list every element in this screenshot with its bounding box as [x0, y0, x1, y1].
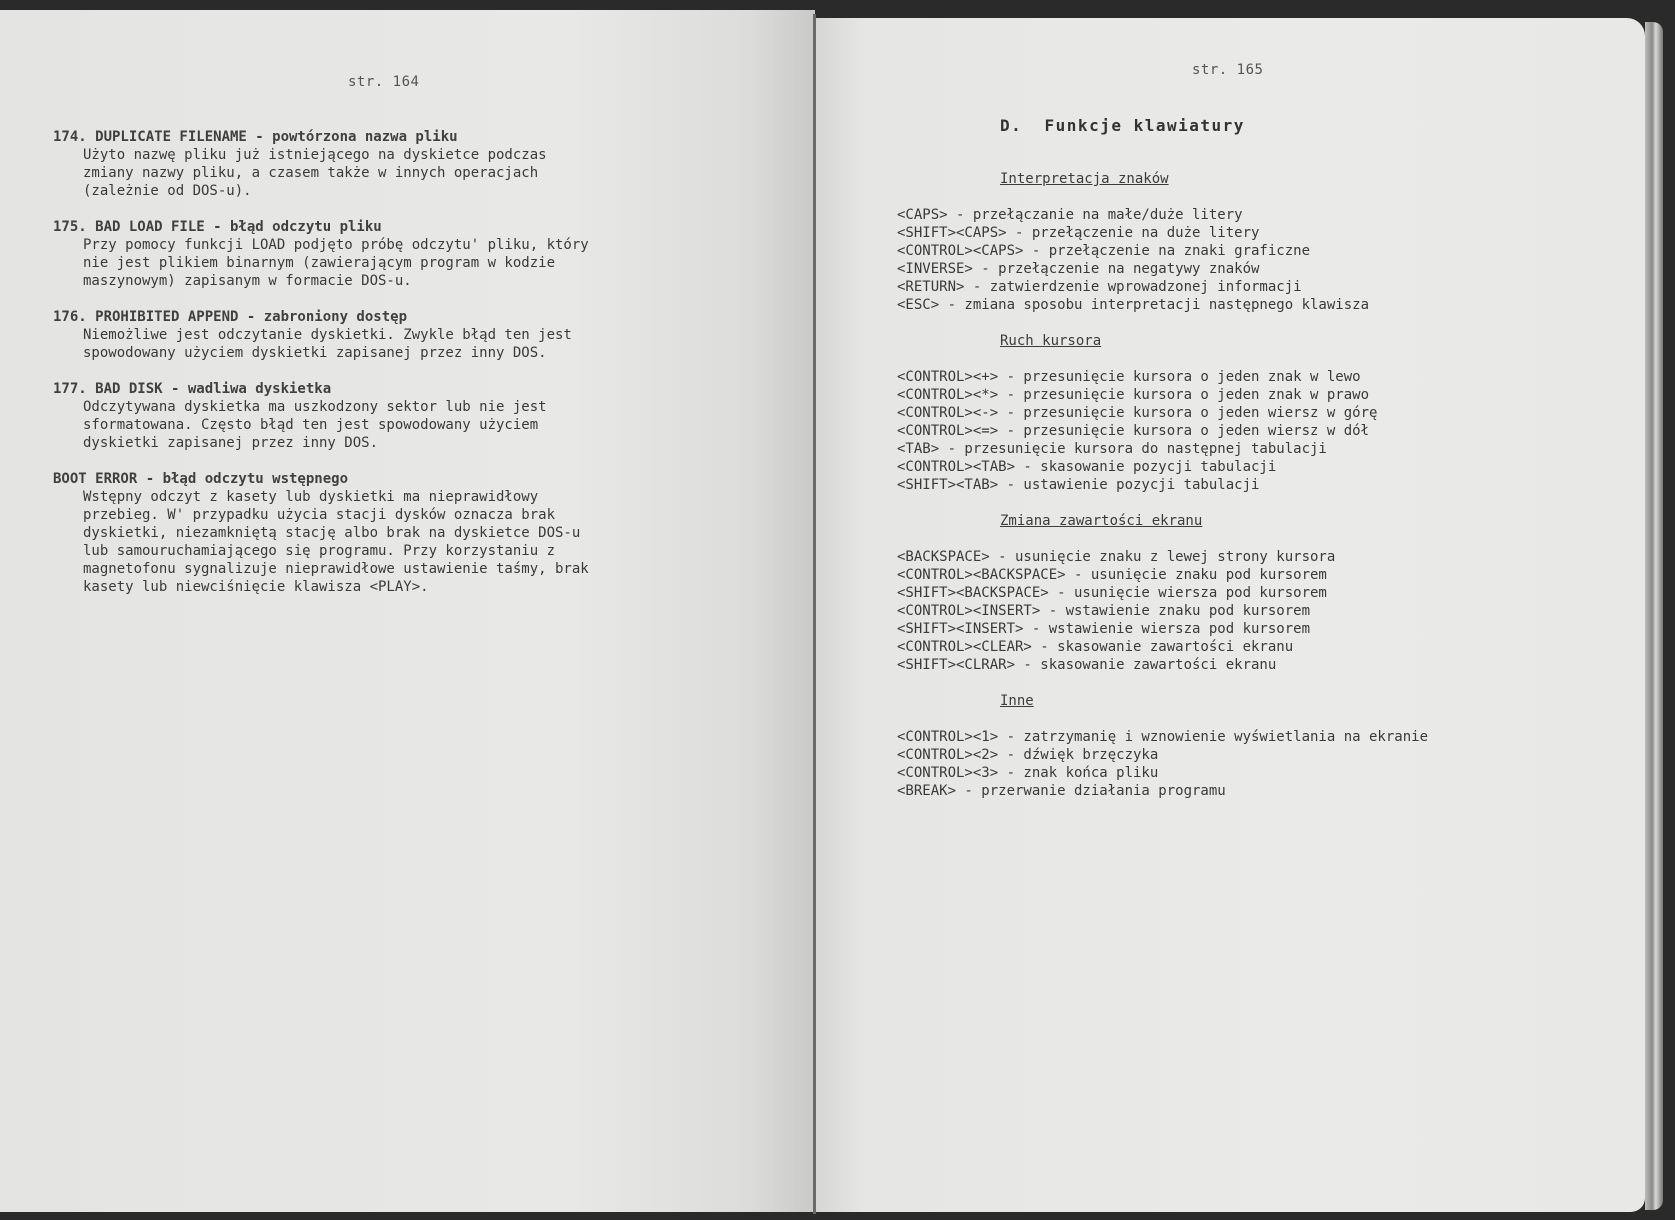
key-line: <CONTROL><2> - dźwięk brzęczyka	[897, 746, 1617, 764]
text-line: zmiany nazwy pliku, a czasem także w inn…	[83, 164, 733, 182]
error-entry: 175. BAD LOAD FILE - błąd odczytu pliku …	[53, 218, 733, 290]
key-line: <CONTROL><BACKSPACE> - usunięcie znaku p…	[897, 566, 1617, 584]
section-title: Interpretacja znaków	[1000, 170, 1617, 188]
error-entry: 177. BAD DISK - wadliwa dyskietka Odczyt…	[53, 380, 733, 452]
text-line: Wstępny odczyt z kasety lub dyskietki ma…	[83, 488, 733, 506]
section-title: Zmiana zawartości ekranu	[1000, 512, 1617, 530]
right-page-number: str. 165	[1192, 62, 1263, 78]
section-title: Ruch kursora	[1000, 332, 1617, 350]
error-title: 174. DUPLICATE FILENAME - powtórzona naz…	[53, 128, 733, 146]
text-line: przebieg. W' przypadku użycia stacji dys…	[83, 506, 733, 524]
error-entry: BOOT ERROR - błąd odczytu wstępnego Wstę…	[53, 470, 733, 596]
key-line: <TAB> - przesunięcie kursora do następne…	[897, 440, 1617, 458]
key-line: <BACKSPACE> - usunięcie znaku z lewej st…	[897, 548, 1617, 566]
key-line: <INVERSE> - przełączenie na negatywy zna…	[897, 260, 1617, 278]
key-line: <SHIFT><BACKSPACE> - usunięcie wiersza p…	[897, 584, 1617, 602]
chapter-heading: D. Funkcje klawiatury	[1000, 116, 1245, 135]
book-spine-gutter	[813, 14, 816, 1214]
key-line: <CONTROL><+> - przesunięcie kursora o je…	[897, 368, 1617, 386]
key-line: <SHIFT><CAPS> - przełączenie na duże lit…	[897, 224, 1617, 242]
key-line: <CONTROL><INSERT> - wstawienie znaku pod…	[897, 602, 1617, 620]
text-line: kasety lub niewciśnięcie klawisza <PLAY>…	[83, 578, 733, 596]
text-line: dyskietki, niezamkniętą stację albo brak…	[83, 524, 733, 542]
key-line: <BREAK> - przerwanie działania programu	[897, 782, 1617, 800]
key-line: <CONTROL><3> - znak końca pliku	[897, 764, 1617, 782]
error-title: 176. PROHIBITED APPEND - zabroniony dost…	[53, 308, 733, 326]
section-title: Inne	[1000, 692, 1617, 710]
error-description: Przy pomocy funkcji LOAD podjęto próbę o…	[53, 236, 733, 290]
key-line: <CONTROL><=> - przesunięcie kursora o je…	[897, 422, 1617, 440]
error-title: 175. BAD LOAD FILE - błąd odczytu pliku	[53, 218, 733, 236]
text-line: maszynowym) zapisanym w formacie DOS-u.	[83, 272, 733, 290]
left-page-number: str. 164	[348, 74, 419, 90]
section-screen-content: Zmiana zawartości ekranu <BACKSPACE> - u…	[897, 512, 1617, 674]
text-line: nie jest plikiem binarnym (zawierającym …	[83, 254, 733, 272]
text-line: spowodowany użyciem dyskietki zapisanej …	[83, 344, 733, 362]
error-description: Użyto nazwę pliku już istniejącego na dy…	[53, 146, 733, 200]
key-line: <CONTROL><CAPS> - przełączenie na znaki …	[897, 242, 1617, 260]
section-cursor-movement: Ruch kursora <CONTROL><+> - przesunięcie…	[897, 332, 1617, 494]
keyboard-functions: Interpretacja znaków <CAPS> - przełączan…	[897, 170, 1617, 818]
text-line: Niemożliwe jest odczytanie dyskietki. Zw…	[83, 326, 733, 344]
error-list: 174. DUPLICATE FILENAME - powtórzona naz…	[53, 128, 733, 614]
error-description: Niemożliwe jest odczytanie dyskietki. Zw…	[53, 326, 733, 362]
key-line: <CONTROL><CLEAR> - skasowanie zawartości…	[897, 638, 1617, 656]
key-line: <RETURN> - zatwierdzenie wprowadzonej in…	[897, 278, 1617, 296]
error-description: Odczytywana dyskietka ma uszkodzony sekt…	[53, 398, 733, 452]
book-page-edges	[1645, 22, 1663, 1210]
key-line: <CONTROL><*> - przesunięcie kursora o je…	[897, 386, 1617, 404]
text-line: sformatowana. Często błąd ten jest spowo…	[83, 416, 733, 434]
error-title: 177. BAD DISK - wadliwa dyskietka	[53, 380, 733, 398]
key-line: <CONTROL><TAB> - skasowanie pozycji tabu…	[897, 458, 1617, 476]
text-line: Odczytywana dyskietka ma uszkodzony sekt…	[83, 398, 733, 416]
text-line: dyskietki zapisanej przez inny DOS.	[83, 434, 733, 452]
error-entry: 174. DUPLICATE FILENAME - powtórzona naz…	[53, 128, 733, 200]
key-line: <CONTROL><1> - zatrzymanię i wznowienie …	[897, 728, 1617, 746]
section-other: Inne <CONTROL><1> - zatrzymanię i wznowi…	[897, 692, 1617, 800]
key-line: <SHIFT><CLRAR> - skasowanie zawartości e…	[897, 656, 1617, 674]
text-line: Użyto nazwę pliku już istniejącego na dy…	[83, 146, 733, 164]
error-entry: 176. PROHIBITED APPEND - zabroniony dost…	[53, 308, 733, 362]
key-line: <CONTROL><-> - przesunięcie kursora o je…	[897, 404, 1617, 422]
text-line: Przy pomocy funkcji LOAD podjęto próbę o…	[83, 236, 733, 254]
key-line: <CAPS> - przełączanie na małe/duże liter…	[897, 206, 1617, 224]
text-line: (zależnie od DOS-u).	[83, 182, 733, 200]
error-description: Wstępny odczyt z kasety lub dyskietki ma…	[53, 488, 733, 596]
key-line: <SHIFT><INSERT> - wstawienie wiersza pod…	[897, 620, 1617, 638]
text-line: magnetofonu sygnalizuje nieprawidłowe us…	[83, 560, 733, 578]
text-line: lub samouruchamiającego się programu. Pr…	[83, 542, 733, 560]
key-line: <SHIFT><TAB> - ustawienie pozycji tabula…	[897, 476, 1617, 494]
error-title: BOOT ERROR - błąd odczytu wstępnego	[53, 470, 733, 488]
section-character-interpretation: Interpretacja znaków <CAPS> - przełączan…	[897, 170, 1617, 314]
key-line: <ESC> - zmiana sposobu interpretacji nas…	[897, 296, 1617, 314]
